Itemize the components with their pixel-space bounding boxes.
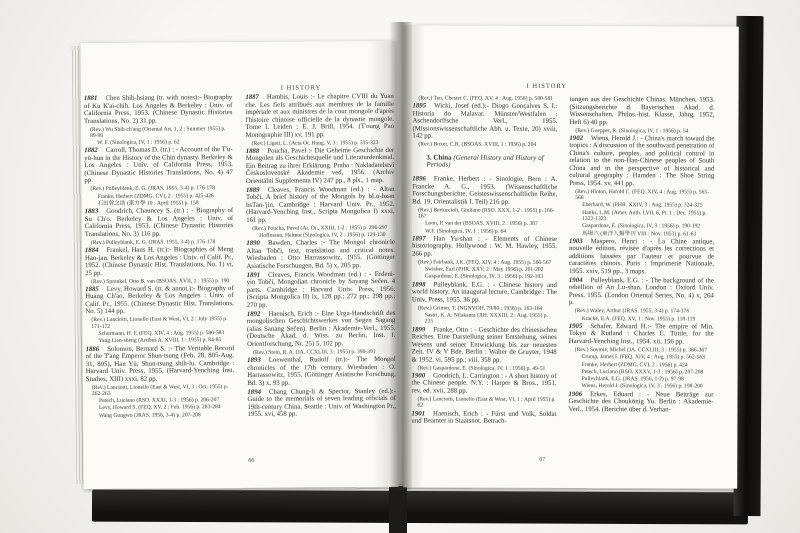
running-head-right: I HISTORY <box>527 83 568 90</box>
entry-number: 1891 <box>247 272 261 279</box>
bibliography-entry: 1894Chang Chung-li & Spector, Stanley (e… <box>247 388 396 419</box>
bibliography-entry: 1893Loewenthal, Rudolf (tr.):- The Mongo… <box>247 356 396 387</box>
entry-number: 1904 <box>569 277 583 284</box>
review-citation: (Rev.) Pulleyblank, E. G. (JRAS. 1955, 3… <box>85 239 234 246</box>
entry-number: 1881 <box>84 95 98 102</box>
entry-text: Pulleyblank, E.G. : - The background of … <box>569 277 714 306</box>
entry-number: 1901 <box>411 410 425 417</box>
review-citation: Wang Gungwu (JRAS. 1956, 3-4) p. 207-208 <box>86 412 235 419</box>
bibliography-entry: 1899Franke, Otto : - Geschichte des chin… <box>412 326 557 364</box>
bibliography-entry: 1888Poucha, Pavel :- Die Geheime Geschic… <box>246 147 395 186</box>
entry-text: Han Yu-shan : - Elements of Chinese hist… <box>412 235 557 257</box>
entry-text: Franke, Herbert : - Sinologie. Bern : A.… <box>412 176 557 206</box>
entry-number: 1884 <box>85 247 99 254</box>
right-page: I HISTORY (Rev.) Teo, Chester C. (FEQ. X… <box>403 25 739 488</box>
entry-text: Bawden, Charles :- The Mongol chronicle … <box>246 239 395 270</box>
review-citation: (Rev.) Bertuccioli, Giuliano (RSO. XXX, … <box>412 207 557 220</box>
bibliography-entry: 1889Cleaves, Francis Woodman (ed.) : - A… <box>246 186 395 225</box>
page-number-left: 66 <box>248 458 254 464</box>
review-citation: W.F. (Sinologica, IV, 1 : 1956) p. 64 <box>412 228 557 235</box>
entry-text: Carroll, Thomas D. (tr.) : - Account of … <box>84 146 233 184</box>
review-citation: (Rev.) Grimm, T. (NGNVOH. 79/80 : 1956) … <box>412 305 557 312</box>
entry-text: Wicki, Josef (ed.):- Diogo Gonçalves S. … <box>412 103 557 140</box>
section-heading: 3. China (General History and History of… <box>426 154 553 170</box>
review-citation: Gaspardone, É. (Sinologica, IV, 3 : 1956… <box>412 274 557 281</box>
bibliography-entry: 1890Bawden, Charles :- The Mongol chroni… <box>246 239 395 270</box>
book-spine <box>389 486 407 533</box>
bibliography-entry: 1881Chen Shih-hsiang (tr. with notes):- … <box>84 94 233 125</box>
review-citation: (Rev.) Lanciotti, Lionello (East & West,… <box>85 316 234 330</box>
entry-number: 1899 <box>412 326 426 333</box>
bibliography-entry: 1885Levy, Howard S. (tr. & annot.):- Bio… <box>85 285 234 316</box>
entry-number: 1906 <box>569 391 583 398</box>
review-citation: Franke, Herbert (ZDMG. CVI, 2 : 1955) p.… <box>84 193 233 200</box>
review-citation: (Rev.) Lanciotti, Lionello (East & West,… <box>86 384 235 398</box>
bibliography-entry: 1906Erkes, Eduard : - Neue Beiträge zur … <box>568 391 713 414</box>
review-citation: (Rev.) Stein, R. A. (JA. CCXLIII, 3 : 19… <box>247 349 396 356</box>
book-cover-bottom-edge <box>92 490 748 525</box>
review-citation: Yang Lien-sheng (Artibus A. XVIII, 1 : 1… <box>86 337 235 344</box>
entry-number: 1886 <box>86 346 100 353</box>
entry-text: Poucha, Pavel :- Die Geheime Geschichte … <box>246 147 395 185</box>
book-photo: I HISTORY 1881Chen Shih-hsiang (tr. with… <box>0 0 800 533</box>
review-citation: (Rev.) Lanciotti, Lionello (East & West,… <box>411 396 556 409</box>
review-citation: Swisher, Earl (PHR. XXV, 2 : May 1956) p… <box>412 267 557 274</box>
entry-number: 1895 <box>413 103 427 110</box>
text-column: 1887Hambis, Louis :- Le chapitre CVIII d… <box>245 93 396 460</box>
entry-text: Cleaves, Francis Woodman (ed.) : - Erden… <box>247 271 396 309</box>
text-column: (Rev.) Teo, Chester C. (FEQ. XV, 4 : Aug… <box>411 95 557 460</box>
bibliography-entry: 1895Wicki, Josef (ed.):- Diogo Gonçalves… <box>412 103 557 141</box>
entry-number: 1888 <box>246 148 260 155</box>
entry-number: 1893 <box>247 357 261 364</box>
bibliography-entry: 1892Haenisch, Erich :- Eine Urga-Handsch… <box>247 310 396 349</box>
entry-number: 1890 <box>246 240 260 247</box>
entry-number: 1897 <box>412 235 426 242</box>
review-citation: (Rev.) Poucha, Pavel (Ar. Or., XXIII, 1-… <box>246 225 395 232</box>
entry-text: Cleaves, Francis Woodman (ed.) : - Altan… <box>246 186 395 224</box>
review-citation: (Rev.) Waley, Arthur (JRAS. 1955, 3-4) p… <box>569 308 714 315</box>
entry-text: Pulleyblank, E.G. : - Chinese history an… <box>412 281 557 303</box>
entry-text: Haenisch, Erich :- Eine Urga-Handschrift… <box>247 310 396 348</box>
entry-text: Loewenthal, Rudolf (tr.):- The Mongol ch… <box>247 356 396 387</box>
review-citation: Sastri, K. A. Nilakanta (JIH. XXXIII, 2 … <box>412 313 557 326</box>
bibliography-entry: 1897Han Yu-shan : - Elements of Chinese … <box>412 235 557 258</box>
entry-number: 1885 <box>85 286 99 293</box>
entry-number: 1882 <box>84 147 98 154</box>
bibliography-entry: 1887Hambis, Louis :- Le chapitre CVIII d… <box>245 93 394 139</box>
bibliography-entry: 1902Wiens, Herold J.: - China's march to… <box>569 135 714 188</box>
bibliography-entry: 1900Goodrich, L. Carrington : - A short … <box>412 372 557 395</box>
review-citation: (Rev.) Wu Shih-ch'ang (Oriental Art, 1, … <box>84 126 233 140</box>
entry-text: Maspero, Henri : - La Chine antique, nou… <box>569 238 714 275</box>
review-citation: (Rev.) Boxer, C.R. (BSOAS. XVIII, 1 : 19… <box>412 142 557 149</box>
entry-text: Erkes, Eduard : - Neue Beiträge zur Gesc… <box>568 391 713 413</box>
text-column: tungen aus der Geschichte Chinas. Münche… <box>568 96 714 461</box>
review-citation: Pulleyblank, E.G. (JRAS. 1956, 1-2) p. 9… <box>569 376 714 383</box>
review-citation: (Rev.) Hinton, Harold C. (FEQ. XIV, 4 : … <box>569 189 714 202</box>
text-column: 1881Chen Shih-hsiang (tr. with notes):- … <box>84 94 235 461</box>
running-head-left: I HISTORY <box>281 84 322 91</box>
bibliography-entry: 1898Pulleyblank, E.G. : - Chinese histor… <box>412 281 557 304</box>
bibliography-entry: 1884Frankel, Hans H. (tr.):- Biographies… <box>85 246 234 277</box>
entry-number: 1883 <box>85 208 99 215</box>
entry-number: 1905 <box>569 323 583 330</box>
entry-text: Levy, Howard S. (tr. & annot.):- Biograp… <box>85 285 234 316</box>
entry-number: 1898 <box>412 281 426 288</box>
continuation-text: tungen aus der Geschichte Chinas. Münche… <box>569 96 714 127</box>
review-citation: (Rev.) Sprenkel, Otto B. van (BSOAS. XVI… <box>85 278 234 285</box>
review-citation: 石田幹之助 (東方學 10 : April 1955) p. 158 <box>85 200 234 207</box>
review-citation: Hanks, L.M. (Amer. Anth. LVII, 6, Pt. 1 … <box>569 210 714 223</box>
gutter-shadow <box>390 22 412 490</box>
review-citation: Wiens, Herold J. (Sinologica, IV, 3 : 19… <box>569 383 714 390</box>
entry-number: 1887 <box>245 94 259 101</box>
bibliography-entry: 1882Carroll, Thomas D. (tr.) : - Account… <box>84 146 233 185</box>
review-citation: 馬場六 (東洋人類學刊 VIII : Nov. 1953) p. 61-63 <box>569 231 714 238</box>
entry-number: 1902 <box>569 135 583 142</box>
review-citation: Petech, Luciano (RSO. XXXV, 1-3 : 1956) … <box>569 369 714 376</box>
review-citation: Crump, James I. (FEQ. XIV, 4 : Aug. 1955… <box>569 354 714 361</box>
bibliography-entry: 1905Schafer, Edward H.:- The empire of M… <box>569 323 714 346</box>
left-page-content: 1881Chen Shih-hsiang (tr. with notes):- … <box>84 93 397 461</box>
review-citation: W. F. (Sinologica, IV, 1 : 1956) p. 62 <box>84 139 233 146</box>
entry-number: 1889 <box>246 187 260 194</box>
entry-number: 1892 <box>247 311 261 318</box>
entry-number: 1894 <box>247 389 261 396</box>
review-citation: Franke, Herbert (ZDMG. CVI, 2 : 1956) p.… <box>569 362 714 369</box>
review-citation: (Rev.) Ligeti, L. (Acta Or. Hung. V, 3 :… <box>246 139 395 146</box>
review-citation: (Rev.) Fairbank, J.K. (FEQ. XIV, 4 : Aug… <box>412 259 557 266</box>
entry-text: Franke, Otto : - Geschichte des chinesis… <box>412 326 557 363</box>
entry-text: Chang Chung-li & Spector, Stanley (ed.):… <box>247 388 396 419</box>
entry-number: 1900 <box>412 372 426 379</box>
entry-text: Solomon, Bernard S. :- The Veritable Rec… <box>86 345 235 383</box>
left-page: I HISTORY 1881Chen Shih-hsiang (tr. with… <box>80 41 398 489</box>
review-citation: Gaspardone, É. (Sinologica, IV, 3 : 1956… <box>569 223 714 230</box>
entry-text: Schafer, Edward H.:- The empire of Min. … <box>569 323 714 345</box>
entry-text: Hambis, Louis :- Le chapitre CVIII du Yu… <box>245 93 394 139</box>
entry-text: Haenisch, Erich : - Fürst und Volk, Sold… <box>411 410 556 425</box>
review-citation: (Rev.) Soymié, Michel (JA. CCXLIII, 3 : … <box>569 347 714 354</box>
bibliography-entry: 1903Maspero, Henri : - La Chine antique,… <box>569 238 714 276</box>
right-page-content: (Rev.) Teo, Chester C. (FEQ. XV, 4 : Aug… <box>411 95 714 460</box>
review-citation: (Rev.) Pulleyblank, E. G. (JRAS. 1955, 3… <box>84 185 233 192</box>
review-citation: (Rev.) Goepper, R. (Sinologica, IV, 1 : … <box>569 127 714 134</box>
review-citation: (Rev.) Teo, Chester C. (FEQ. XV, 4 : Aug… <box>413 95 558 102</box>
entry-text: Goodrich, Chauncey S. (tr.) : - Biograph… <box>85 207 234 238</box>
bibliography-entry: 1891Cleaves, Francis Woodman (ed.) : - E… <box>247 271 396 310</box>
bibliography-entry: 1896Franke, Herbert : - Sinologie. Bern … <box>412 176 557 207</box>
review-citation: Eberhard, W. (PHR. XXIV, 3 : Aug. 1955) … <box>569 202 714 209</box>
entry-text: Wiens, Herold J.: - China's march toward… <box>569 135 714 187</box>
page-number-right: 67 <box>539 457 545 463</box>
entry-text: Chen Shih-hsiang (tr. with notes):- Biog… <box>84 94 233 125</box>
entry-number: 1896 <box>412 176 426 183</box>
entry-text: Frankel, Hans H. (tr.):- Biographies of … <box>85 246 234 277</box>
review-citation: (Rev.) Gaspardone, É. (Sinologica, IV, 1… <box>412 365 557 372</box>
review-citation: Levy, Howard S. (FEQ. XV, 2 : Feb. 1956)… <box>86 404 235 411</box>
bibliography-entry: 1904Pulleyblank, E.G. : - The background… <box>569 277 714 308</box>
bibliography-entry: 1883Goodrich, Chauncey S. (tr.) : - Biog… <box>85 207 234 238</box>
review-citation: Kracke, E.A. (FEQ. XV, 1 : Nov. 1955) p.… <box>569 316 714 323</box>
bibliography-entry: 1886Solomon, Bernard S. :- The Veritable… <box>86 345 235 384</box>
entry-number: 1903 <box>569 238 583 245</box>
bibliography-entry: 1901Haenisch, Erich : - Fürst und Volk, … <box>411 410 556 426</box>
review-citation: Hoffmann, Helmut (Sinologica, IV, 2 : 19… <box>246 232 395 239</box>
review-citation: Loon, P. van der (BSOAS. XVIII, 2 : 1956… <box>412 221 557 228</box>
entry-text: Goodrich, L. Carrington : - A short hist… <box>412 372 557 394</box>
